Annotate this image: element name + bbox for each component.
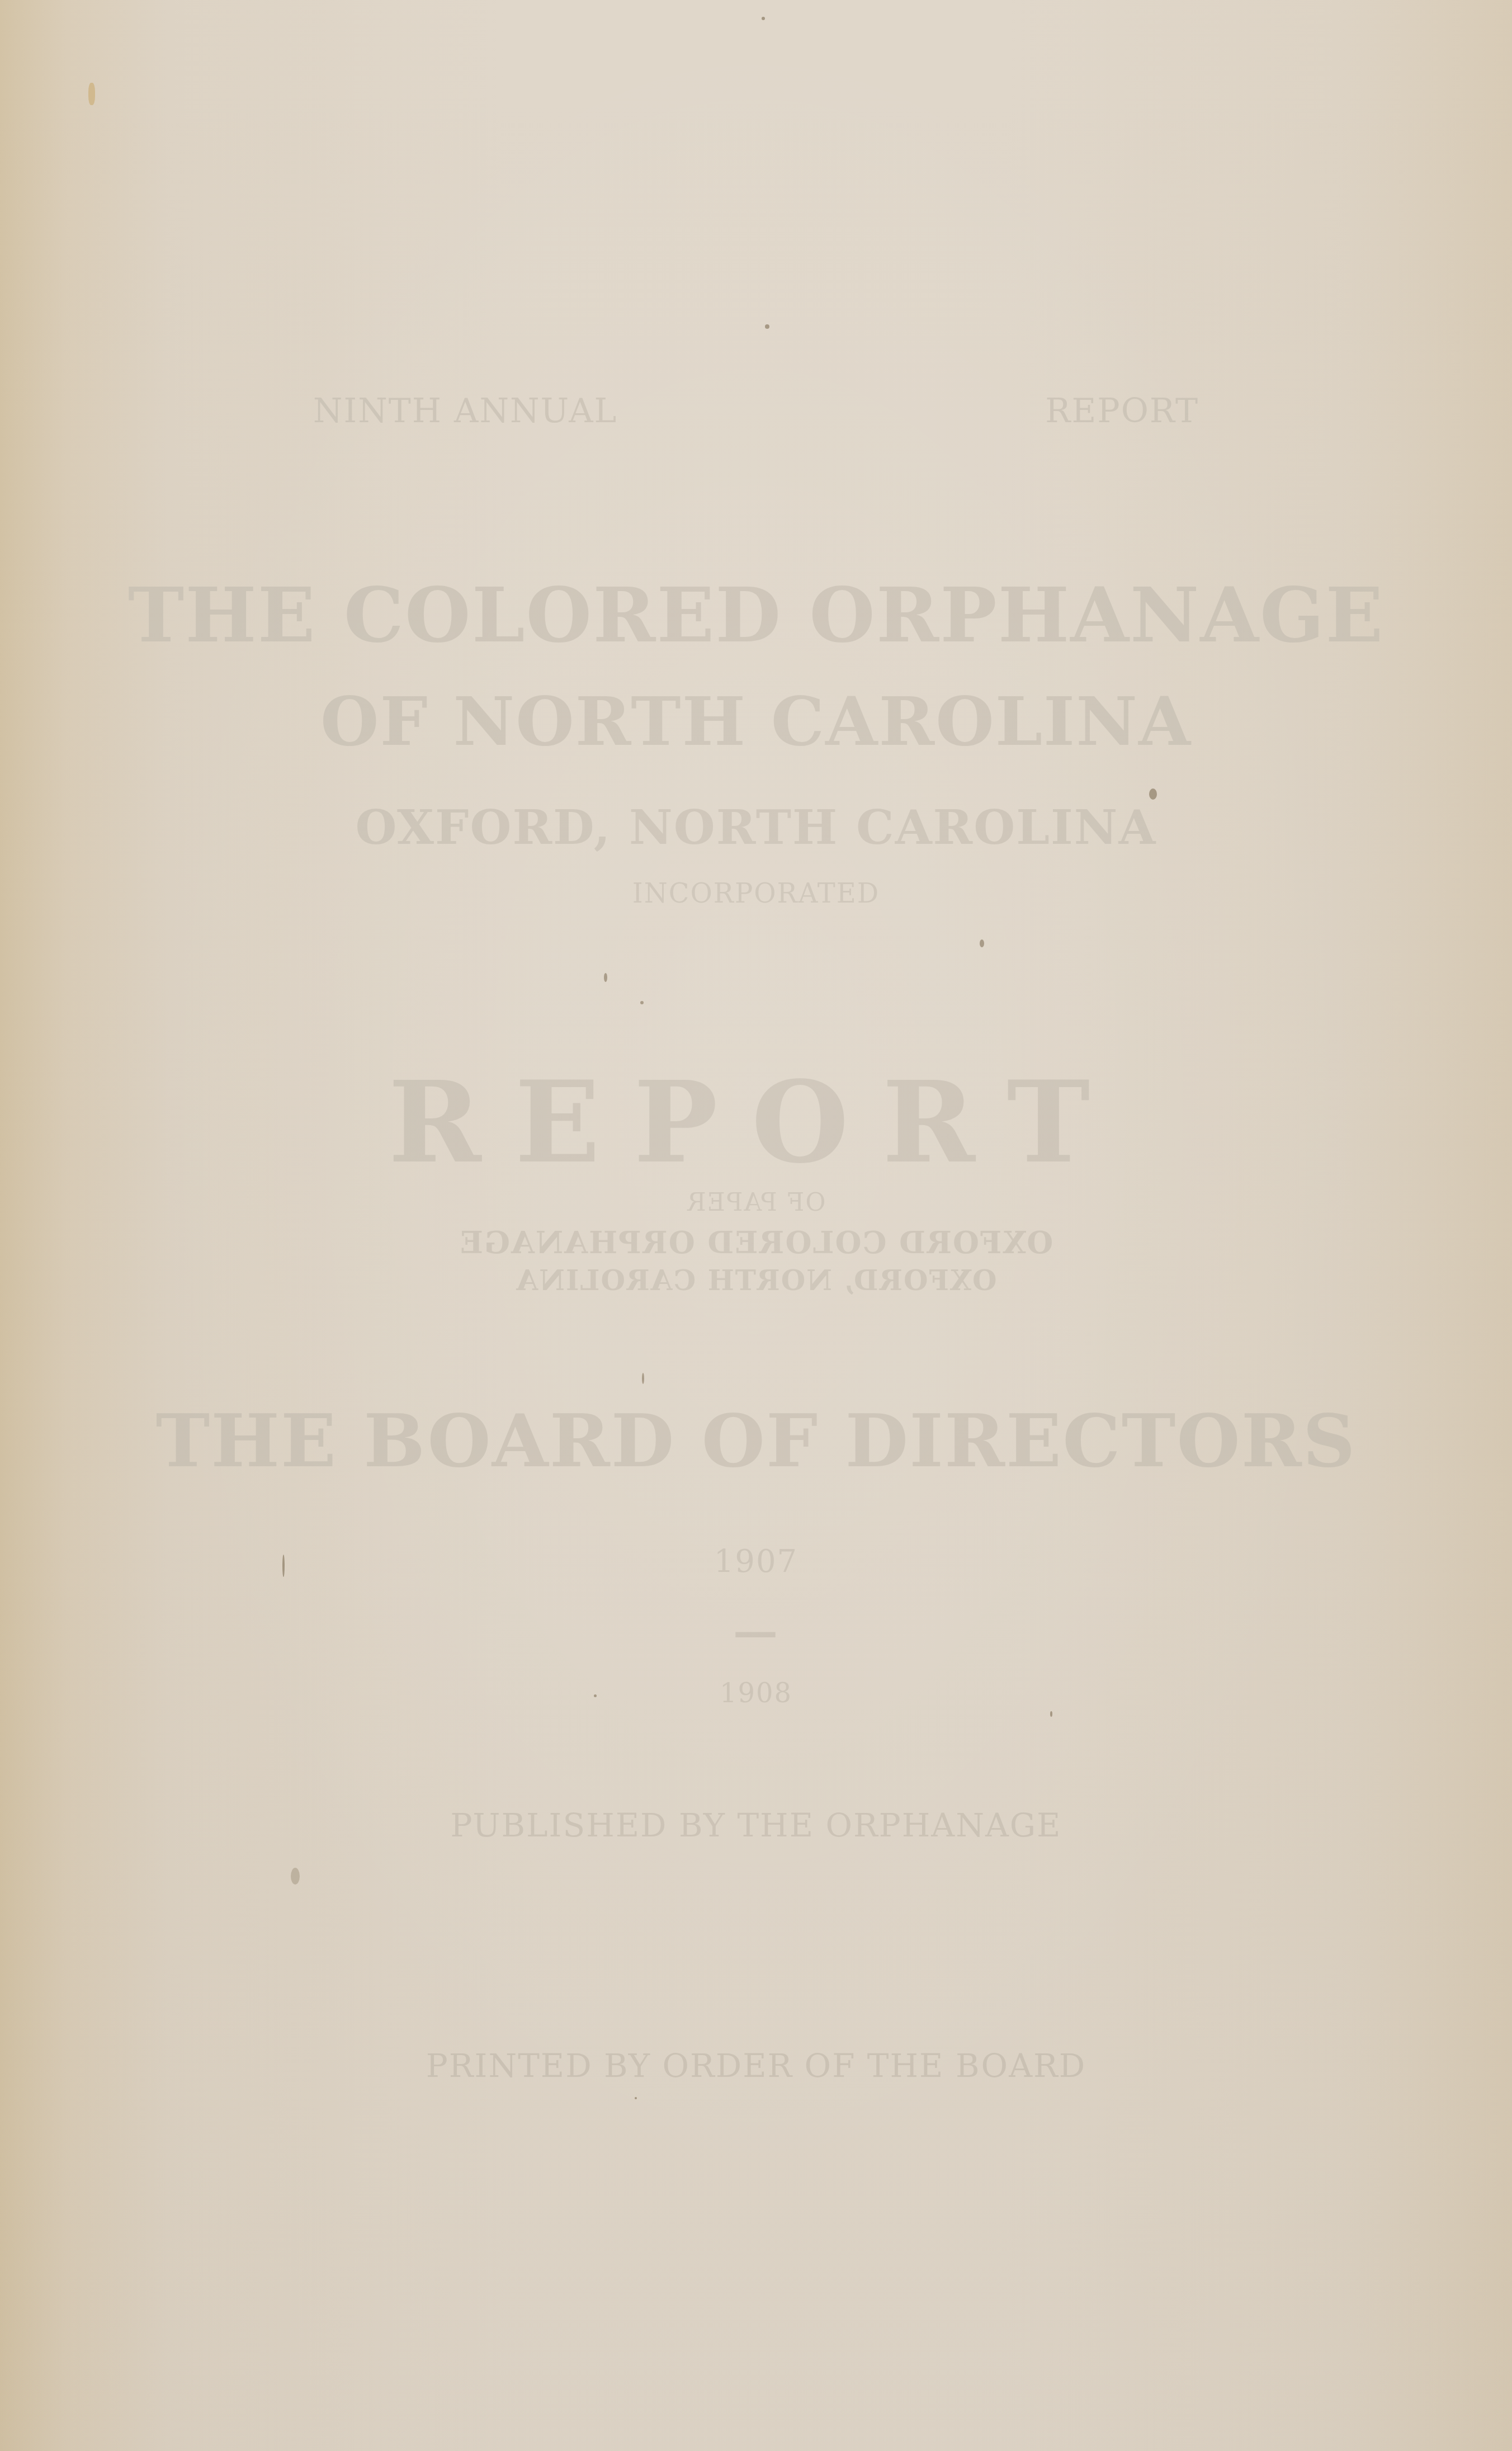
paper-speck: [282, 1555, 285, 1577]
paper-speck: [291, 1868, 300, 1885]
paper-speck: [594, 1694, 597, 1697]
ghost-header-row: NINTH ANNUAL REPORT: [0, 391, 1512, 431]
foxing-stain: [88, 83, 95, 105]
ghost-report-heading: REPORT: [0, 1057, 1512, 1188]
paper-speck: [765, 324, 769, 329]
ghost-mid-1: 1907: [0, 1543, 1512, 1580]
paper-speck: [762, 17, 765, 20]
paper-speck: [642, 1373, 644, 1384]
paper-speck: [1050, 1711, 1052, 1717]
ghost-title-line-2: OF NORTH CAROLINA: [0, 682, 1512, 761]
ghost-header-right: REPORT: [1045, 391, 1199, 431]
ghost-title-line-1: THE COLORED ORPHANAGE: [0, 570, 1512, 659]
ghost-board-heading: THE BOARD OF DIRECTORS: [0, 1398, 1512, 1484]
paper-speck: [640, 1001, 644, 1004]
ghost-mid-2: —: [0, 1605, 1512, 1657]
paper-speck: [1149, 788, 1157, 800]
document-page: NINTH ANNUAL REPORT THE COLORED ORPHANAG…: [0, 0, 1512, 2451]
paper-speck: [635, 2097, 637, 2099]
paper-speck: [604, 973, 607, 982]
ghost-mirrored-line-3: OXFORD, NORTH CAROLINA: [0, 1264, 1512, 1297]
ghost-date-line: PRINTED BY ORDER OF THE BOARD: [0, 2047, 1512, 2085]
paper-speck: [980, 939, 984, 947]
ghost-mirrored-line-2: OXFORD COLORED ORPHANAGE: [0, 1225, 1512, 1260]
ghost-header-left: NINTH ANNUAL: [313, 391, 617, 431]
ghost-mirrored-line-1: OF PAPER: [0, 1188, 1512, 1217]
ghost-printer-line: PUBLISHED BY THE ORPHANAGE: [0, 1806, 1512, 1844]
ghost-mid-3: 1908: [0, 1678, 1512, 1709]
ghost-subline: INCORPORATED: [0, 878, 1512, 909]
ghost-location: OXFORD, NORTH CAROLINA: [0, 800, 1512, 856]
